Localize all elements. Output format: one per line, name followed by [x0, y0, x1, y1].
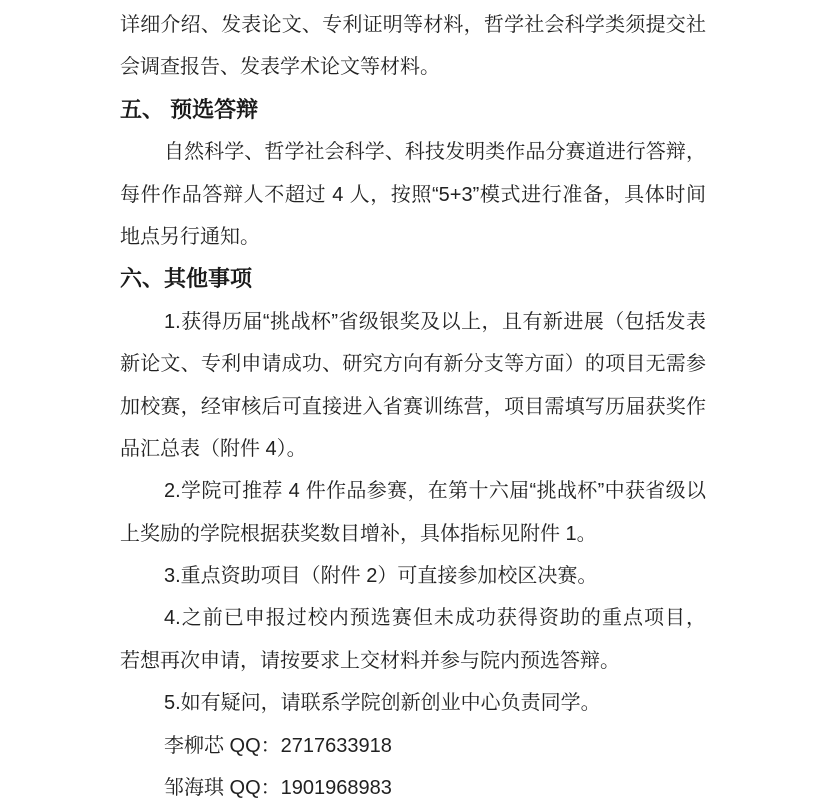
list-item-3-line: 3.重点资助项目（附件 2）可直接参加校区决赛。 [120, 555, 706, 597]
body-line: 上奖励的学院根据获奖数目增补，具体指标见附件 1。 [120, 513, 706, 555]
body-line: 加校赛，经审核后可直接进入省赛训练营，项目需填写历届获奖作 [120, 386, 706, 428]
section-heading-5: 五、 预选答辩 [120, 89, 706, 131]
body-line: 会调查报告、发表学术论文等材料。 [120, 46, 706, 88]
section-heading-6: 六、其他事项 [120, 258, 706, 300]
body-line: 详细介绍、发表论文、专利证明等材料，哲学社会科学类须提交社 [120, 4, 706, 46]
list-item-5-line: 5.如有疑问，请联系学院创新创业中心负责同学。 [120, 682, 706, 724]
body-line: 地点另行通知。 [120, 216, 706, 258]
contact-line: 邹海琪 QQ：1901968983 [120, 767, 706, 804]
document-page: 详细介绍、发表论文、专利证明等材料，哲学社会科学类须提交社 会调查报告、发表学术… [0, 0, 826, 804]
contact-line: 李柳芯 QQ：2717633918 [120, 725, 706, 767]
body-line: 新论文、专利申请成功、研究方向有新分支等方面）的项目无需参 [120, 343, 706, 385]
list-item-2-line: 2.学院可推荐 4 件作品参赛，在第十六届“挑战杯”中获省级以 [120, 470, 706, 512]
body-line: 若想再次申请，请按要求上交材料并参与院内预选答辩。 [120, 640, 706, 682]
document-text-block: 详细介绍、发表论文、专利证明等材料，哲学社会科学类须提交社 会调查报告、发表学术… [120, 4, 706, 804]
body-line: 每件作品答辩人不超过 4 人，按照“5+3”模式进行准备，具体时间 [120, 174, 706, 216]
list-item-1-line: 1.获得历届“挑战杯”省级银奖及以上，且有新进展（包括发表 [120, 301, 706, 343]
body-line: 自然科学、哲学社会科学、科技发明类作品分赛道进行答辩， [120, 131, 706, 173]
body-line: 品汇总表（附件 4）。 [120, 428, 706, 470]
list-item-4-line: 4.之前已申报过校内预选赛但未成功获得资助的重点项目， [120, 597, 706, 639]
